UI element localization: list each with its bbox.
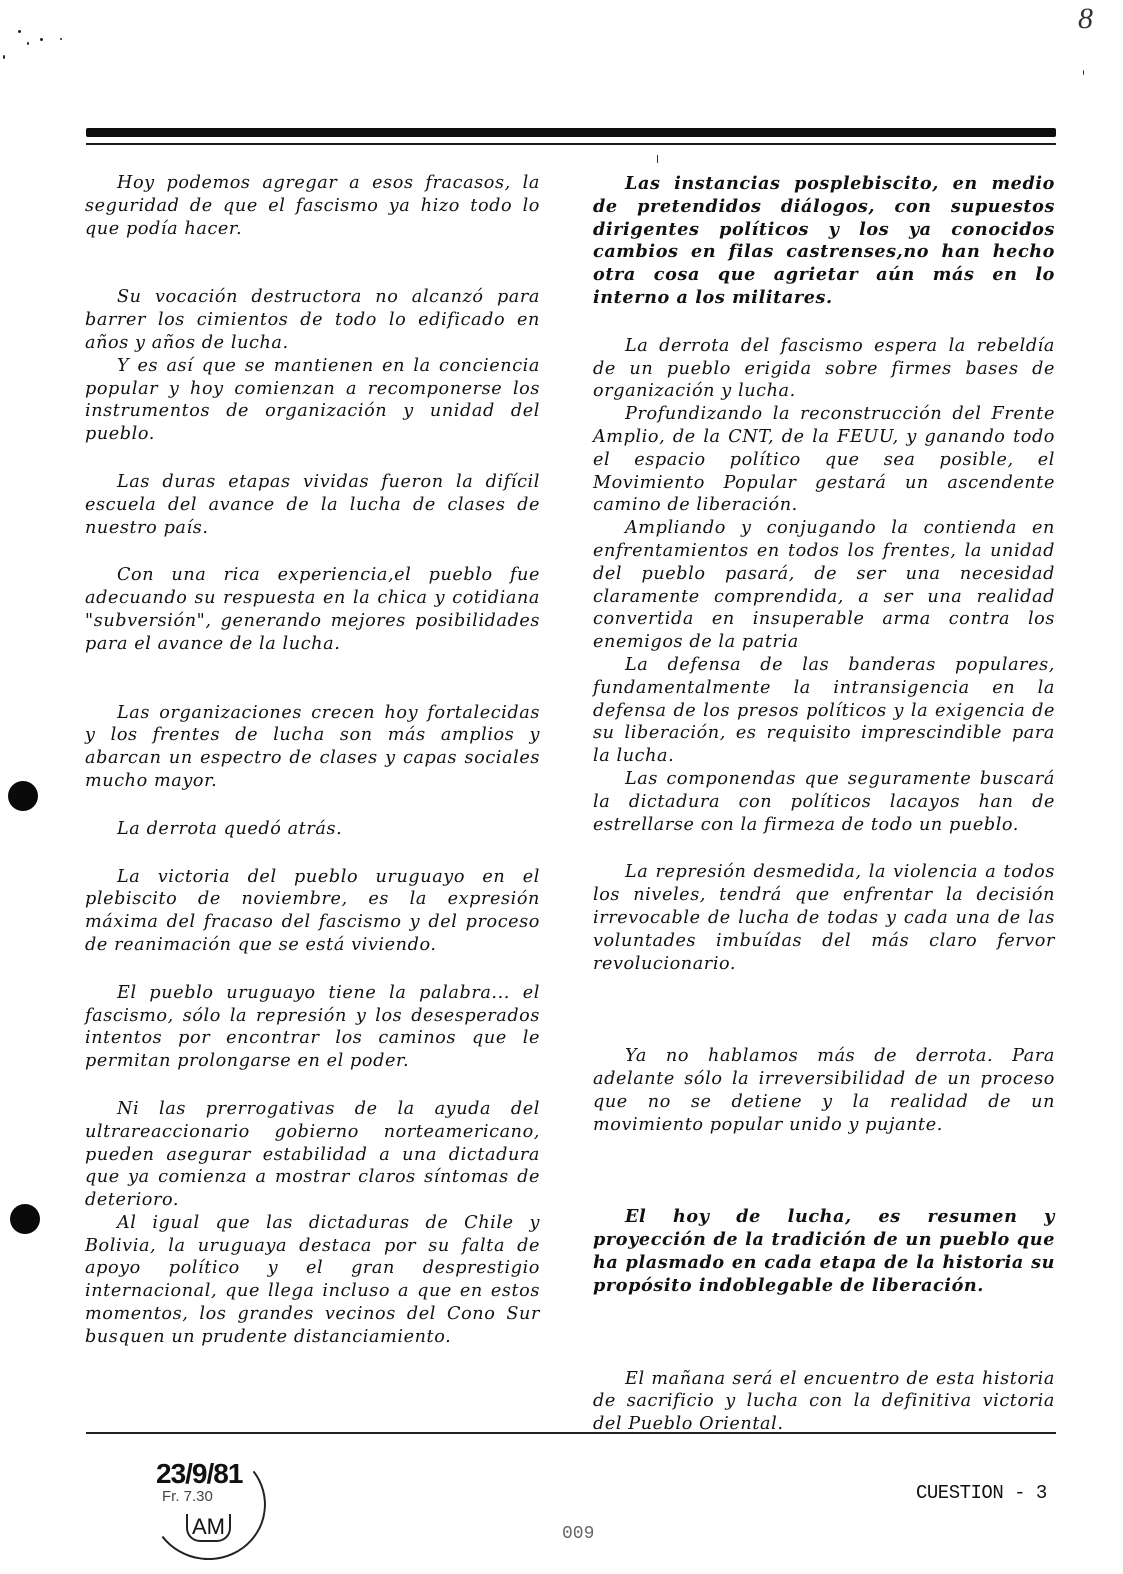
paragraph: Las duras etapas vividas fueron la difíc… xyxy=(85,471,540,539)
folio-number: 009 xyxy=(562,1524,594,1544)
header-rule-heavy xyxy=(86,128,1056,137)
paragraph: Ni las prerrogativas de la ayuda del ult… xyxy=(85,1098,540,1212)
paragraph: El pueblo uruguayo tiene la palabra... e… xyxy=(85,982,540,1073)
paragraph: La derrota del fascismo espera la rebeld… xyxy=(593,335,1055,403)
stamp-period: AM xyxy=(186,1514,231,1542)
paragraph: Ampliando y conjugando la contienda en e… xyxy=(593,517,1055,654)
paragraph: Y es así que se mantienen en la concienc… xyxy=(85,355,540,446)
left-column: Hoy podemos agregar a esos fracasos, la … xyxy=(85,172,540,1349)
paragraph: Al igual que las dictaduras de Chile y B… xyxy=(85,1212,540,1349)
paragraph: Profundizando la reconstrucción del Fren… xyxy=(593,403,1055,517)
document-page: 8 Hoy podemos agregar a esos fracasos, l… xyxy=(0,0,1123,1574)
paragraph: El mañana será el encuentro de esta hist… xyxy=(593,1368,1055,1436)
stamp-date: 23/9/81 xyxy=(156,1458,242,1490)
publication-page-label: CUESTION - 3 xyxy=(916,1482,1047,1504)
paragraph: Las organizaciones crecen hoy fortalecid… xyxy=(85,702,540,793)
right-column: Las instancias posplebiscito, en medio d… xyxy=(593,173,1055,1436)
corner-page-mark: 8 xyxy=(1078,2,1093,36)
paragraph: Las componendas que seguramente buscará … xyxy=(593,768,1055,836)
footer-rule xyxy=(86,1432,1056,1434)
paragraph: Su vocación destructora no alcanzó para … xyxy=(85,286,540,354)
paragraph: Ya no hablamos más de derrota. Para adel… xyxy=(593,1045,1055,1136)
stamp-time: Fr. 7.30 xyxy=(162,1488,213,1505)
header-rule-thin xyxy=(86,143,1056,145)
paragraph: El hoy de lucha, es resumen y proyección… xyxy=(593,1206,1055,1297)
column-divider-tick xyxy=(657,155,658,163)
punch-hole-lower xyxy=(10,1204,40,1234)
paragraph: Las instancias posplebiscito, en medio d… xyxy=(593,173,1055,310)
paragraph: Hoy podemos agregar a esos fracasos, la … xyxy=(85,172,540,240)
paragraph: La victoria del pueblo uruguayo en el pl… xyxy=(85,866,540,957)
paragraph: Con una rica experiencia,el pueblo fue a… xyxy=(85,564,540,655)
paragraph: La represión desmedida, la violencia a t… xyxy=(593,861,1055,975)
paragraph: La derrota quedó atrás. xyxy=(85,818,540,841)
paragraph: La defensa de las banderas populares, fu… xyxy=(593,654,1055,768)
punch-hole-upper xyxy=(8,781,38,811)
